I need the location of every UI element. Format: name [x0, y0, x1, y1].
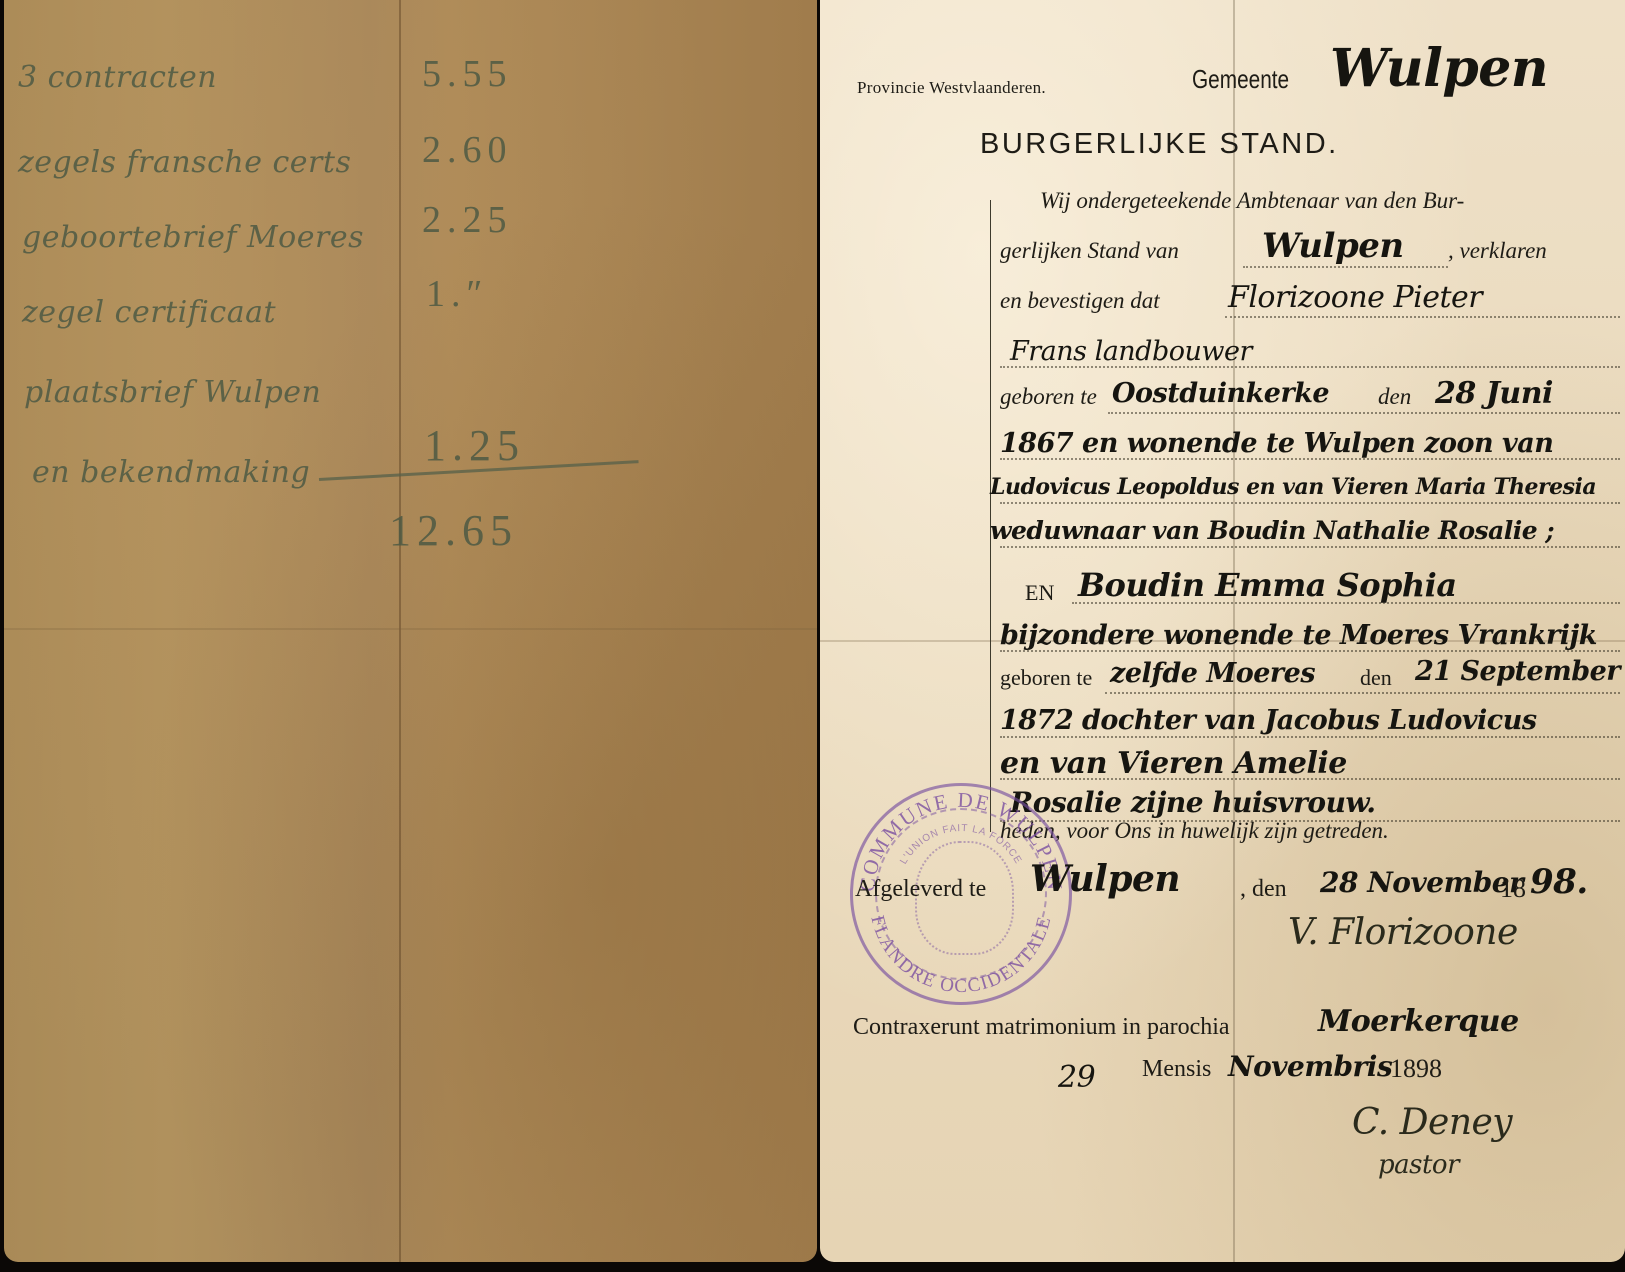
- expense-label: zegels fransche certs: [18, 145, 351, 180]
- form-line-3-prefix: en bevestigen dat: [1000, 288, 1160, 314]
- church-label: Contraxerunt matrimonium in parochia: [853, 1014, 1230, 1041]
- groom-name: Florizoone Pieter: [1228, 280, 1482, 315]
- church-day: 29: [1058, 1060, 1095, 1095]
- groom-line-6: 1867 en wonende te Wulpen zoon van: [1000, 428, 1553, 459]
- issued-year-printed: 18: [1500, 874, 1526, 904]
- bride-residence: bijzondere wonende te Moeres Vrankrijk: [1000, 620, 1597, 651]
- expense-amount: 2.60: [422, 128, 513, 172]
- registrar-municipality: Wulpen: [1262, 226, 1404, 266]
- vertical-fold: [399, 0, 401, 1262]
- bride-birthplace: zelfde Moeres: [1110, 658, 1315, 689]
- gemeente-value: Wulpen: [1330, 38, 1548, 99]
- left-page-expense-notes: 3 contracten 5.55 zegels fransche certs …: [4, 0, 817, 1262]
- expense-label: geboortebrief Moeres: [22, 220, 364, 255]
- groom-widower-of: weduwnaar van Boudin Nathalie Rosalie ;: [990, 516, 1554, 545]
- stamp-inner-text: L'UNION FAIT LA FORCE: [898, 823, 1023, 866]
- groom-birth-date: 28 Juni: [1435, 376, 1553, 411]
- expense-amount: 2.25: [422, 198, 513, 242]
- bride-mother: en van Vieren Amelie: [1000, 746, 1347, 781]
- form-line-5-den: den: [1378, 384, 1411, 410]
- svg-text:FLANDRE OCCIDENTALE: FLANDRE OCCIDENTALE: [866, 913, 1055, 997]
- issued-year-ink: 98.: [1530, 862, 1588, 902]
- expense-amount: 1.25: [424, 420, 525, 471]
- svg-text:L'UNION FAIT LA FORCE: L'UNION FAIT LA FORCE: [898, 823, 1023, 866]
- issued-place: Wulpen: [1030, 858, 1180, 900]
- gemeente-label: Gemeente: [1192, 64, 1289, 95]
- church-month: Novembris: [1228, 1050, 1392, 1083]
- expense-amount: 5.55: [422, 52, 513, 96]
- fill-line: [1000, 546, 1620, 548]
- form-line-11-den: den: [1360, 665, 1392, 691]
- bride-birth-date: 21 September: [1415, 656, 1620, 687]
- stamp-bottom-text: FLANDRE OCCIDENTALE: [866, 913, 1055, 997]
- groom-birthplace: Oostduinkerke: [1112, 378, 1329, 409]
- fill-line: [1108, 412, 1620, 414]
- form-line-1: Wij ondergeteekende Ambtenaar van den Bu…: [1040, 188, 1464, 214]
- en-label: EN: [1025, 580, 1054, 606]
- province-label: Provincie Westvlaanderen.: [857, 78, 1046, 98]
- form-line-11-prefix: geboren te: [1000, 665, 1092, 691]
- expense-label: en bekendmaking: [32, 455, 310, 490]
- expense-amount: 1.″: [426, 272, 488, 316]
- expense-label: plaatsbrief Wulpen: [24, 375, 321, 410]
- document-title: BURGERLIJKE STAND.: [980, 128, 1339, 161]
- expense-label: zegel certificaat: [22, 295, 276, 330]
- expense-label: 3 contracten: [18, 60, 217, 95]
- issued-date: 28 November: [1320, 866, 1523, 899]
- fill-line: [1105, 692, 1620, 694]
- form-line-2-prefix: gerlijken Stand van: [1000, 238, 1179, 264]
- form-line-2-suffix: , verklaren: [1448, 238, 1547, 264]
- church-year: 1898: [1390, 1054, 1442, 1084]
- bride-line-12: 1872 dochter van Jacobus Ludovicus: [1000, 705, 1537, 736]
- issued-den-label: , den: [1240, 876, 1287, 903]
- church-parish: Moerkerque: [1318, 1004, 1519, 1039]
- pastor-signature: C. Deney: [1352, 1102, 1512, 1143]
- expense-total: 12.65: [389, 505, 518, 556]
- fill-line: [1243, 266, 1448, 268]
- fill-line: [1225, 316, 1620, 318]
- groom-parents: Ludovicus Leopoldus en van Vieren Maria …: [990, 474, 1596, 500]
- horizontal-fold: [4, 628, 817, 630]
- fill-line: [1000, 502, 1620, 504]
- groom-occupation: Frans landbouwer: [1010, 336, 1252, 367]
- form-line-5-prefix: geboren te: [1000, 384, 1097, 410]
- officer-signature: V. Florizoone: [1288, 912, 1518, 953]
- mensis-label: Mensis: [1142, 1056, 1211, 1083]
- fill-line: [1000, 736, 1620, 738]
- bride-name: Boudin Emma Sophia: [1078, 566, 1457, 604]
- issued-label: Afgeleverd te: [855, 876, 986, 903]
- pastor-title: pastor: [1378, 1150, 1459, 1180]
